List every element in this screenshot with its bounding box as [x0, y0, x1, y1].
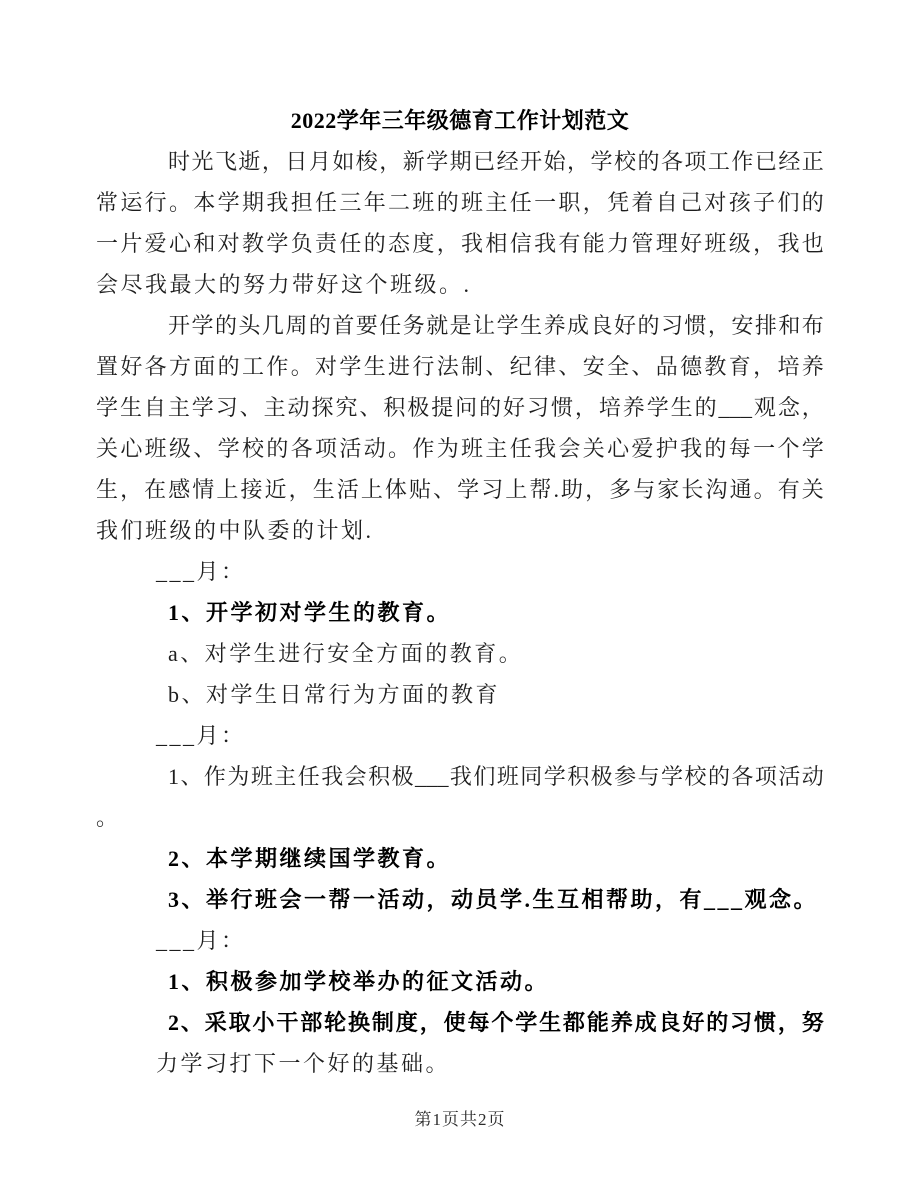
page-footer: 第1页共2页 [0, 1108, 920, 1132]
doc-line: a、对学生进行安全方面的教育。 [96, 633, 824, 674]
document-body: 时光飞逝，日月如梭，新学期已经开始，学校的各项工作已经正常运行。本学期我担任三年… [96, 141, 824, 1084]
doc-line: 1、开学初对学生的教育。 [96, 592, 824, 633]
doc-line: 2、采取小干部轮换制度，使每个学生都能养成良好的习惯，努 [96, 1002, 824, 1043]
doc-line: ___月： [96, 920, 824, 961]
doc-line: 会尽我最大的努力带好这个班级。. [96, 264, 824, 305]
doc-line: 常运行。本学期我担任三年二班的班主任一职，凭着自己对孩子们的 [96, 182, 824, 223]
doc-line: 1、积极参加学校举办的征文活动。 [96, 961, 824, 1002]
document-page: 2022学年三年级德育工作计划范文 时光飞逝，日月如梭，新学期已经开始，学校的各… [0, 0, 920, 1191]
doc-line: 关心班级、学校的各项活动。作为班主任我会关心爱护我的每一个学 [96, 428, 824, 469]
doc-line: 3、举行班会一帮一活动，动员学.生互相帮助，有___观念。 [96, 879, 824, 920]
doc-line: 1、作为班主任我会积极___我们班同学积极参与学校的各项活动 [96, 756, 824, 797]
doc-line: 学生自主学习、主动探究、积极提问的好习惯，培养学生的___观念， [96, 387, 824, 428]
doc-line: b、对学生日常行为方面的教育 [96, 674, 824, 715]
doc-line: ___月： [96, 551, 824, 592]
doc-line: 。 [96, 797, 824, 838]
doc-line: 我们班级的中队委的计划. [96, 510, 824, 551]
doc-line: 时光飞逝，日月如梭，新学期已经开始，学校的各项工作已经正 [96, 141, 824, 182]
doc-line: 开学的头几周的首要任务就是让学生养成良好的习惯，安排和布 [96, 305, 824, 346]
doc-line: 力学习打下一个好的基础。 [96, 1043, 824, 1084]
page-title: 2022学年三年级德育工作计划范文 [96, 100, 824, 141]
doc-line: 一片爱心和对教学负责任的态度，我相信我有能力管理好班级，我也 [96, 223, 824, 264]
document-content: 2022学年三年级德育工作计划范文 时光飞逝，日月如梭，新学期已经开始，学校的各… [96, 100, 824, 1084]
doc-line: 2、本学期继续国学教育。 [96, 838, 824, 879]
doc-line: ___月： [96, 715, 824, 756]
doc-line: 置好各方面的工作。对学生进行法制、纪律、安全、品德教育，培养 [96, 346, 824, 387]
doc-line: 生，在感情上接近，生活上体贴、学习上帮.助，多与家长沟通。有关 [96, 469, 824, 510]
